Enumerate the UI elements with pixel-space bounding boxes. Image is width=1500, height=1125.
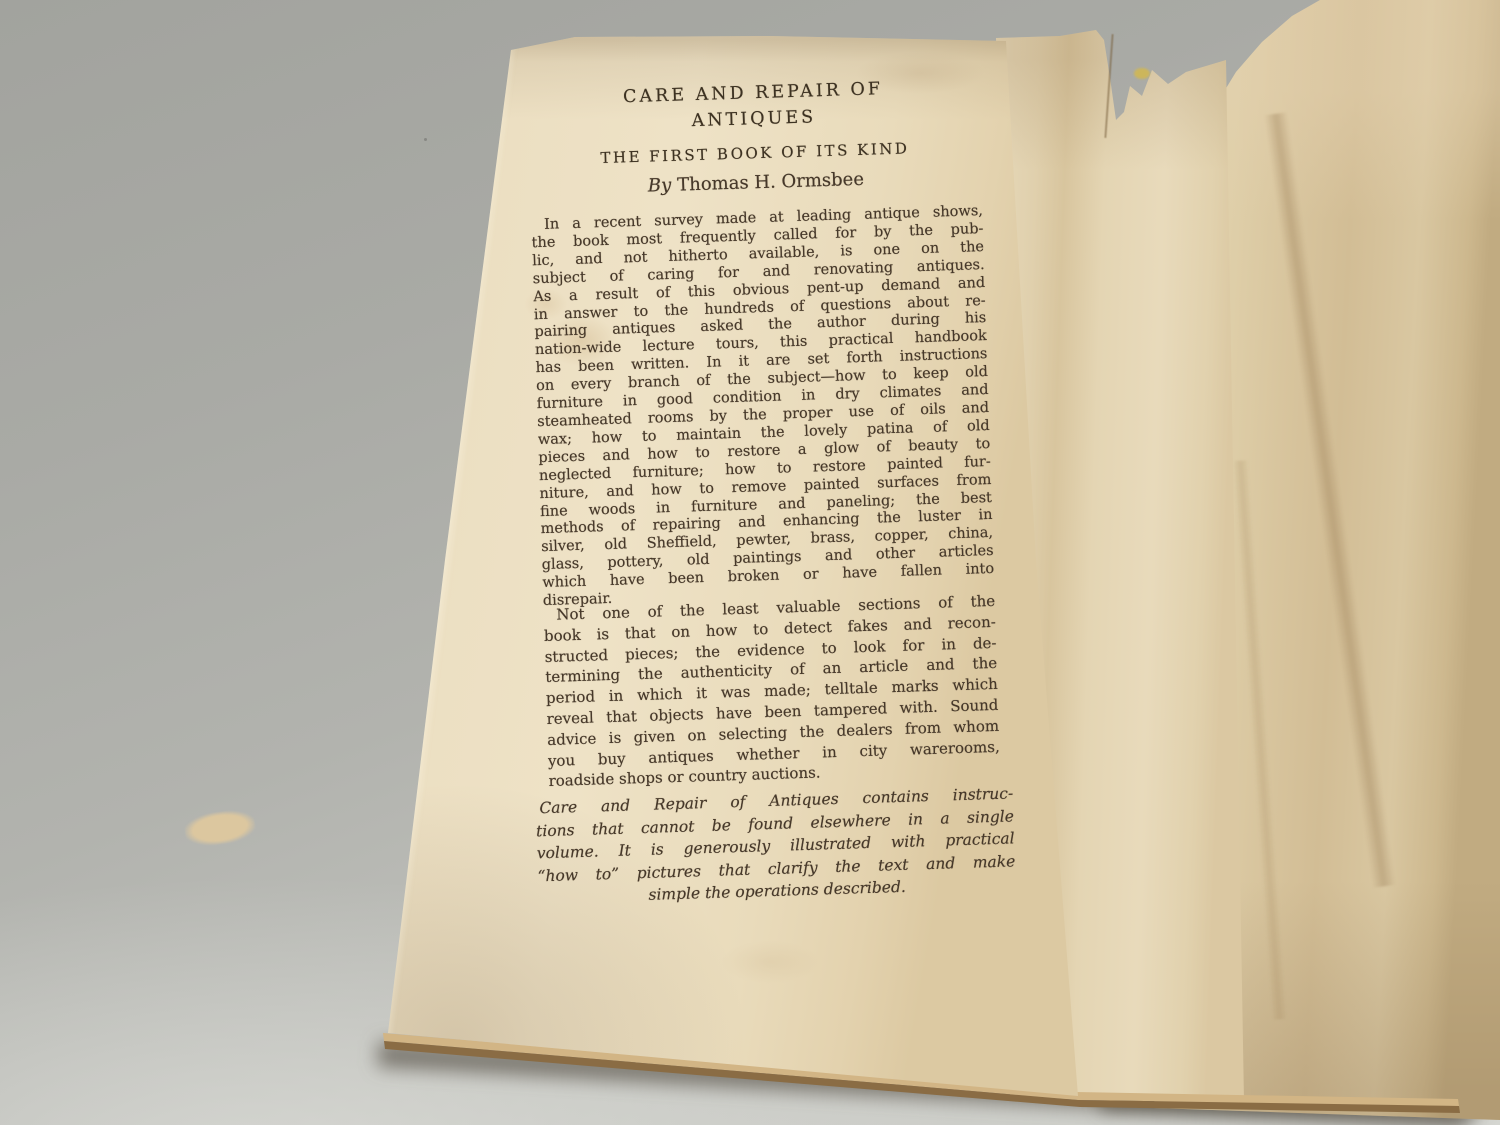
byline-prefix: By: [647, 175, 671, 197]
book-subtitle: THE FIRST BOOK OF ITS KIND: [529, 137, 981, 169]
dust-speck: [424, 138, 427, 141]
photo-of-open-book: CARE AND REPAIR OF ANTIQUES THE FIRST BO…: [0, 0, 1500, 1125]
flap-paragraph-1: In a recent survey made at leading antiq…: [531, 203, 995, 611]
flap-paragraph-3-italic: Care and Repair of Antiques contains ins…: [535, 782, 1016, 910]
torn-edge-fleck: [1134, 68, 1150, 79]
flap-paragraph-2: Not one of the least valuable sections o…: [543, 591, 1001, 792]
author-name: Thomas H. Ormsbee: [677, 169, 864, 196]
paper-stain: [720, 940, 820, 984]
page-crease: [1264, 112, 1396, 888]
byline: ByThomas H. Ormsbee: [530, 165, 982, 200]
flap-printed-text: CARE AND REPAIR OF ANTIQUES THE FIRST BO…: [527, 73, 1005, 937]
